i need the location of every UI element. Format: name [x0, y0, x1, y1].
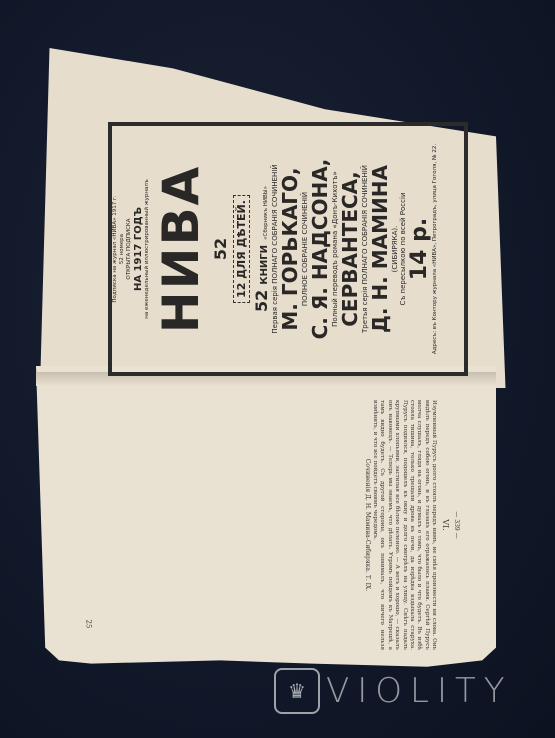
price: 14 р.: [407, 126, 432, 372]
kids-label: ДЛЯ ДѢТЕЙ.: [235, 200, 248, 279]
pseudonym: (СИБИРЯКА).: [391, 126, 399, 372]
books-count: 52: [252, 290, 271, 312]
year-line: НА 1917 ГОДЪ: [133, 126, 144, 372]
ad-top-line: Подписка на журнал «НИВА» 1917 г.: [112, 126, 119, 372]
series-item: Первая серія ПОЛНАГО СОБРАНІЯ СОЧИНЕНІЙ …: [271, 126, 301, 372]
footnote: Сочиненія Д. Н. Мамина-Сибиряка. Т. IX.: [363, 400, 370, 650]
issues-count: 52: [211, 126, 230, 372]
crown-icon: ♛: [274, 668, 320, 714]
running-header: — 339 —: [453, 400, 460, 650]
ad-price-top: 52 номера: [119, 126, 126, 372]
book-text: — 339 — VI. Изумленный Пурусъ долго стоя…: [80, 400, 460, 650]
kids-box: 12 ДЛЯ ДѢТЕЙ.: [233, 195, 250, 303]
chapter-heading: VI.: [441, 400, 448, 650]
books-line: 52 КНИГИ «Сборникъ НИВЫ»: [252, 126, 271, 372]
watermark-brand: VIOLITY: [326, 671, 513, 711]
price-label: Съ пересылкою по всей Россіи: [399, 126, 407, 372]
body-text: Изумленный Пурусъ долго стоялъ передъ ни…: [371, 400, 438, 650]
books-label: КНИГИ: [259, 245, 270, 285]
page-number: 25: [84, 620, 92, 629]
series-item: ПОЛНОЕ СОБРАНІЕ СОЧИНЕНІЙ С. Я. НАДСОНА,: [301, 126, 331, 372]
masthead: НИВА: [155, 126, 207, 372]
series-item: Полный переводъ романа «Донъ-Кихотъ» СЕР…: [331, 126, 361, 372]
series-item: Третья серія ПОЛНАГО СОБРАНІЯ СОЧИНЕНІЙ …: [361, 126, 391, 372]
collection-note: «Сборникъ НИВЫ»: [263, 186, 269, 240]
journal-desc: на еженедельный иллюстрированный журналъ: [144, 126, 151, 372]
subscription-open: ОТКРЫТА ПОДПИСКА: [126, 126, 133, 372]
ad-footer: Адресъ: въ Контору журнала «НИВА», Петро…: [432, 126, 439, 372]
watermark: ♛ VIOLITY: [274, 668, 513, 714]
advertisement: Подписка на журнал «НИВА» 1917 г. 52 ном…: [112, 126, 464, 372]
kids-count: 12: [235, 283, 248, 298]
